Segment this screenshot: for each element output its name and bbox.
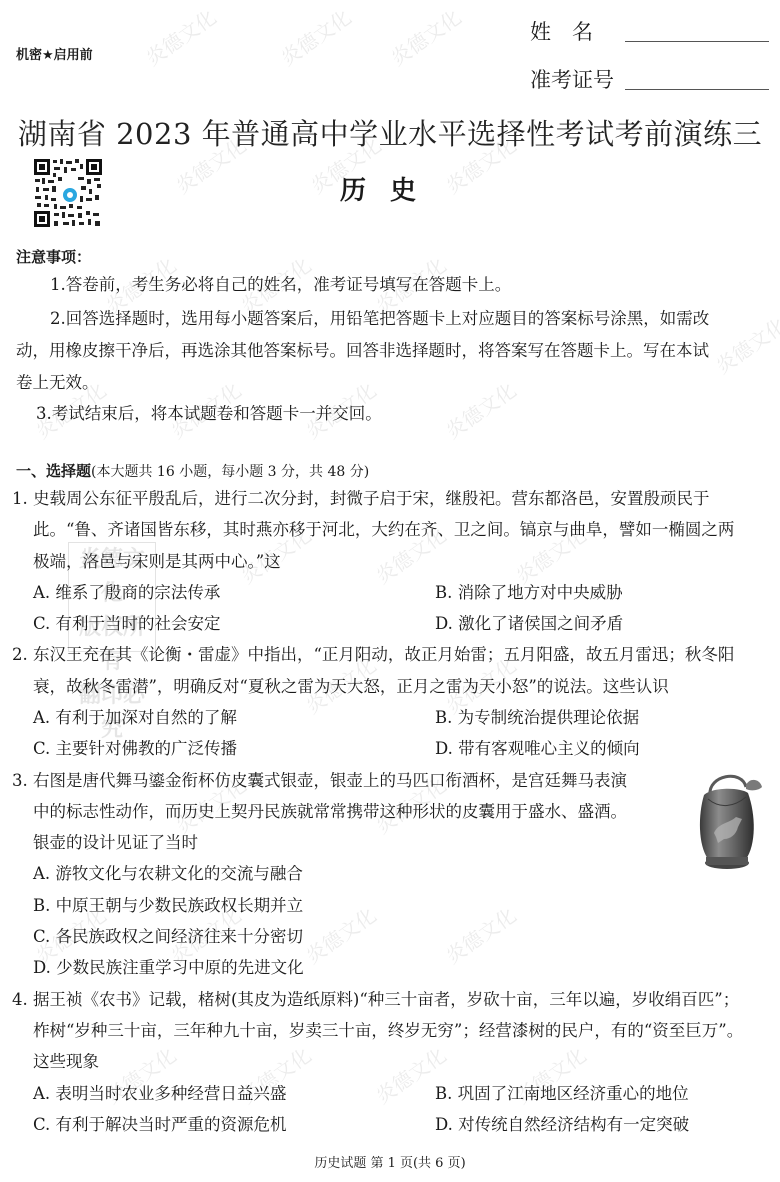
section-label: 一、选择题 xyxy=(16,462,91,480)
question-text: 中的标志性动作，而历史上契丹民族就常常携带这种形状的皮囊用于盛水、盛酒。 xyxy=(33,802,627,822)
subject-title: 历史 xyxy=(0,170,780,207)
ticket-number-field[interactable] xyxy=(625,88,769,90)
option-d[interactable]: D. 激化了诸侯国之间矛盾 xyxy=(435,614,623,634)
question-number: 1. xyxy=(12,489,28,509)
notice-item: 1.答卷前，考生务必将自己的姓名，准考证号填写在答题卡上。 xyxy=(50,275,511,295)
question-text: 据王祯《农书》记载，楮树(其皮为造纸原料)“种三十亩者，岁砍十亩，三年以遍，岁收… xyxy=(33,990,739,1010)
confidential-label: 机密★启用前 xyxy=(16,44,93,63)
option-c[interactable]: C. 各民族政权之间经济往来十分密切 xyxy=(33,927,303,947)
watermark: 炎德文化 xyxy=(299,900,381,970)
watermark: 炎德文化 xyxy=(709,310,780,380)
question-number: 3. xyxy=(12,771,28,791)
watermark: 炎德文化 xyxy=(439,900,521,970)
option-d[interactable]: D. 少数民族注重学习中原的先进文化 xyxy=(33,958,304,978)
notice-item: 2.回答选择题时，选用每小题答案后，用铅笔把答题卡上对应题目的答案标号涂黑，如需… xyxy=(50,309,709,329)
option-a[interactable]: A. 有利于加深对自然的了解 xyxy=(33,708,237,728)
question-text: 史载周公东征平殷乱后，进行二次分封，封微子启于宋，继殷祀。营东都洛邑，安置殷顽民… xyxy=(33,489,710,509)
question-text: 衰，故秋冬雷潜”，明确反对“夏秋之雷为天大怒，正月之雷为天小怒”的说法。这些认识 xyxy=(33,677,669,697)
option-b[interactable]: B. 消除了地方对中央威胁 xyxy=(435,583,623,603)
question-text: 柞树“岁种三十亩，三年种九十亩，岁卖三十亩，终岁无穷”；经营漆树的民户，有的“资… xyxy=(33,1021,743,1041)
section-heading: 一、选择题(本大题共 16 小题，每小题 3 分，共 48 分) xyxy=(16,460,369,481)
option-a[interactable]: A. 表明当时农业多种经营日益兴盛 xyxy=(33,1084,286,1104)
watermark: 炎德文化 xyxy=(384,2,466,72)
name-label: 姓 名 xyxy=(530,16,593,46)
notice-heading: 注意事项： xyxy=(16,246,91,267)
question-text: 东汉王充在其《论衡・雷虚》中指出，“正月阳动，故正月始雷；五月阳盛，故五月雷迅；… xyxy=(33,645,734,665)
question-text: 银壶的设计见证了当时 xyxy=(33,833,198,853)
option-a[interactable]: A. 维系了殷商的宗法传承 xyxy=(33,583,220,603)
option-d[interactable]: D. 对传统自然经济结构有一定突破 xyxy=(435,1115,689,1135)
question-text: 这些现象 xyxy=(33,1052,99,1072)
option-c[interactable]: C. 有利于当时的社会安定 xyxy=(33,614,221,634)
option-a[interactable]: A. 游牧文化与农耕文化的交流与融合 xyxy=(33,864,303,884)
watermark: 炎德文化 xyxy=(439,375,521,445)
watermark: 炎德文化 xyxy=(139,2,221,72)
question-number: 2. xyxy=(12,645,28,665)
question-text: 右图是唐代舞马鎏金衔杯仿皮囊式银壶，银壶上的马匹口衔酒杯，是宫廷舞马表演 xyxy=(33,771,627,791)
notice-item: 3.考试结束后，将本试题卷和答题卡一并交回。 xyxy=(36,404,382,424)
option-b[interactable]: B. 中原王朝与少数民族政权长期并立 xyxy=(33,896,303,916)
silver-pot-image xyxy=(690,765,768,875)
page-footer: 历史试题 第 1 页(共 6 页) xyxy=(0,1152,780,1171)
name-field[interactable] xyxy=(625,40,769,42)
notice-item-continued: 卷上无效。 xyxy=(16,373,99,393)
exam-title: 湖南省 2023 年普通高中学业水平选择性考试考前演练三 xyxy=(0,112,780,153)
notice-item-continued: 动，用橡皮擦干净后，再选涂其他答案标号。回答非选择题时，将答案写在答题卡上。写在… xyxy=(16,341,709,361)
question-text: 此。“鲁、齐诸国皆东移，其时燕亦移于河北，大约在齐、卫之间。镐京与曲阜，譬如一椭… xyxy=(33,520,734,540)
silver-pot-icon xyxy=(690,765,768,875)
question-text: 极端，洛邑与宋则是其两中心。”这 xyxy=(33,552,281,572)
option-c[interactable]: C. 有利于解决当时严重的资源危机 xyxy=(33,1115,287,1135)
option-b[interactable]: B. 巩固了江南地区经济重心的地位 xyxy=(435,1084,689,1104)
question-number: 4. xyxy=(12,990,28,1010)
section-description: (本大题共 16 小题，每小题 3 分，共 48 分) xyxy=(91,464,369,480)
ticket-number-label: 准考证号 xyxy=(530,64,614,94)
option-c[interactable]: C. 主要针对佛教的广泛传播 xyxy=(33,739,237,759)
option-d[interactable]: D. 带有客观唯心主义的倾向 xyxy=(435,739,640,759)
option-b[interactable]: B. 为专制统治提供理论依据 xyxy=(435,708,639,728)
watermark: 炎德文化 xyxy=(274,2,356,72)
